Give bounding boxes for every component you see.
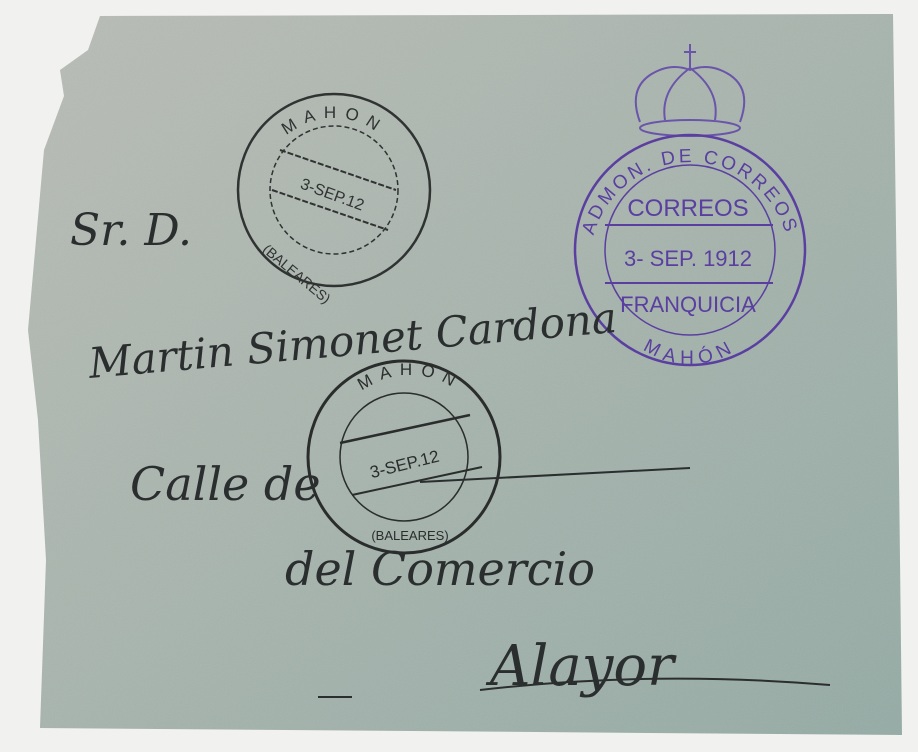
cachet-top-text: CORREOS — [627, 195, 748, 222]
postmark-middle-region: (BALEARES) — [371, 528, 448, 543]
handwriting-city: Alayor — [485, 634, 677, 699]
cachet-bottom-text: FRANQUICIA — [620, 292, 756, 317]
handwriting-salutation: Sr. D. — [70, 205, 192, 256]
cachet-date: 3- SEP. 1912 — [624, 246, 752, 271]
handwriting-street-1: Calle de — [130, 457, 321, 511]
envelope-photo: ADMON. DE CORREOS MAHÓN CORREOS 3- SEP. … — [0, 0, 918, 752]
handwriting-street-2: del Comercio — [285, 542, 595, 596]
